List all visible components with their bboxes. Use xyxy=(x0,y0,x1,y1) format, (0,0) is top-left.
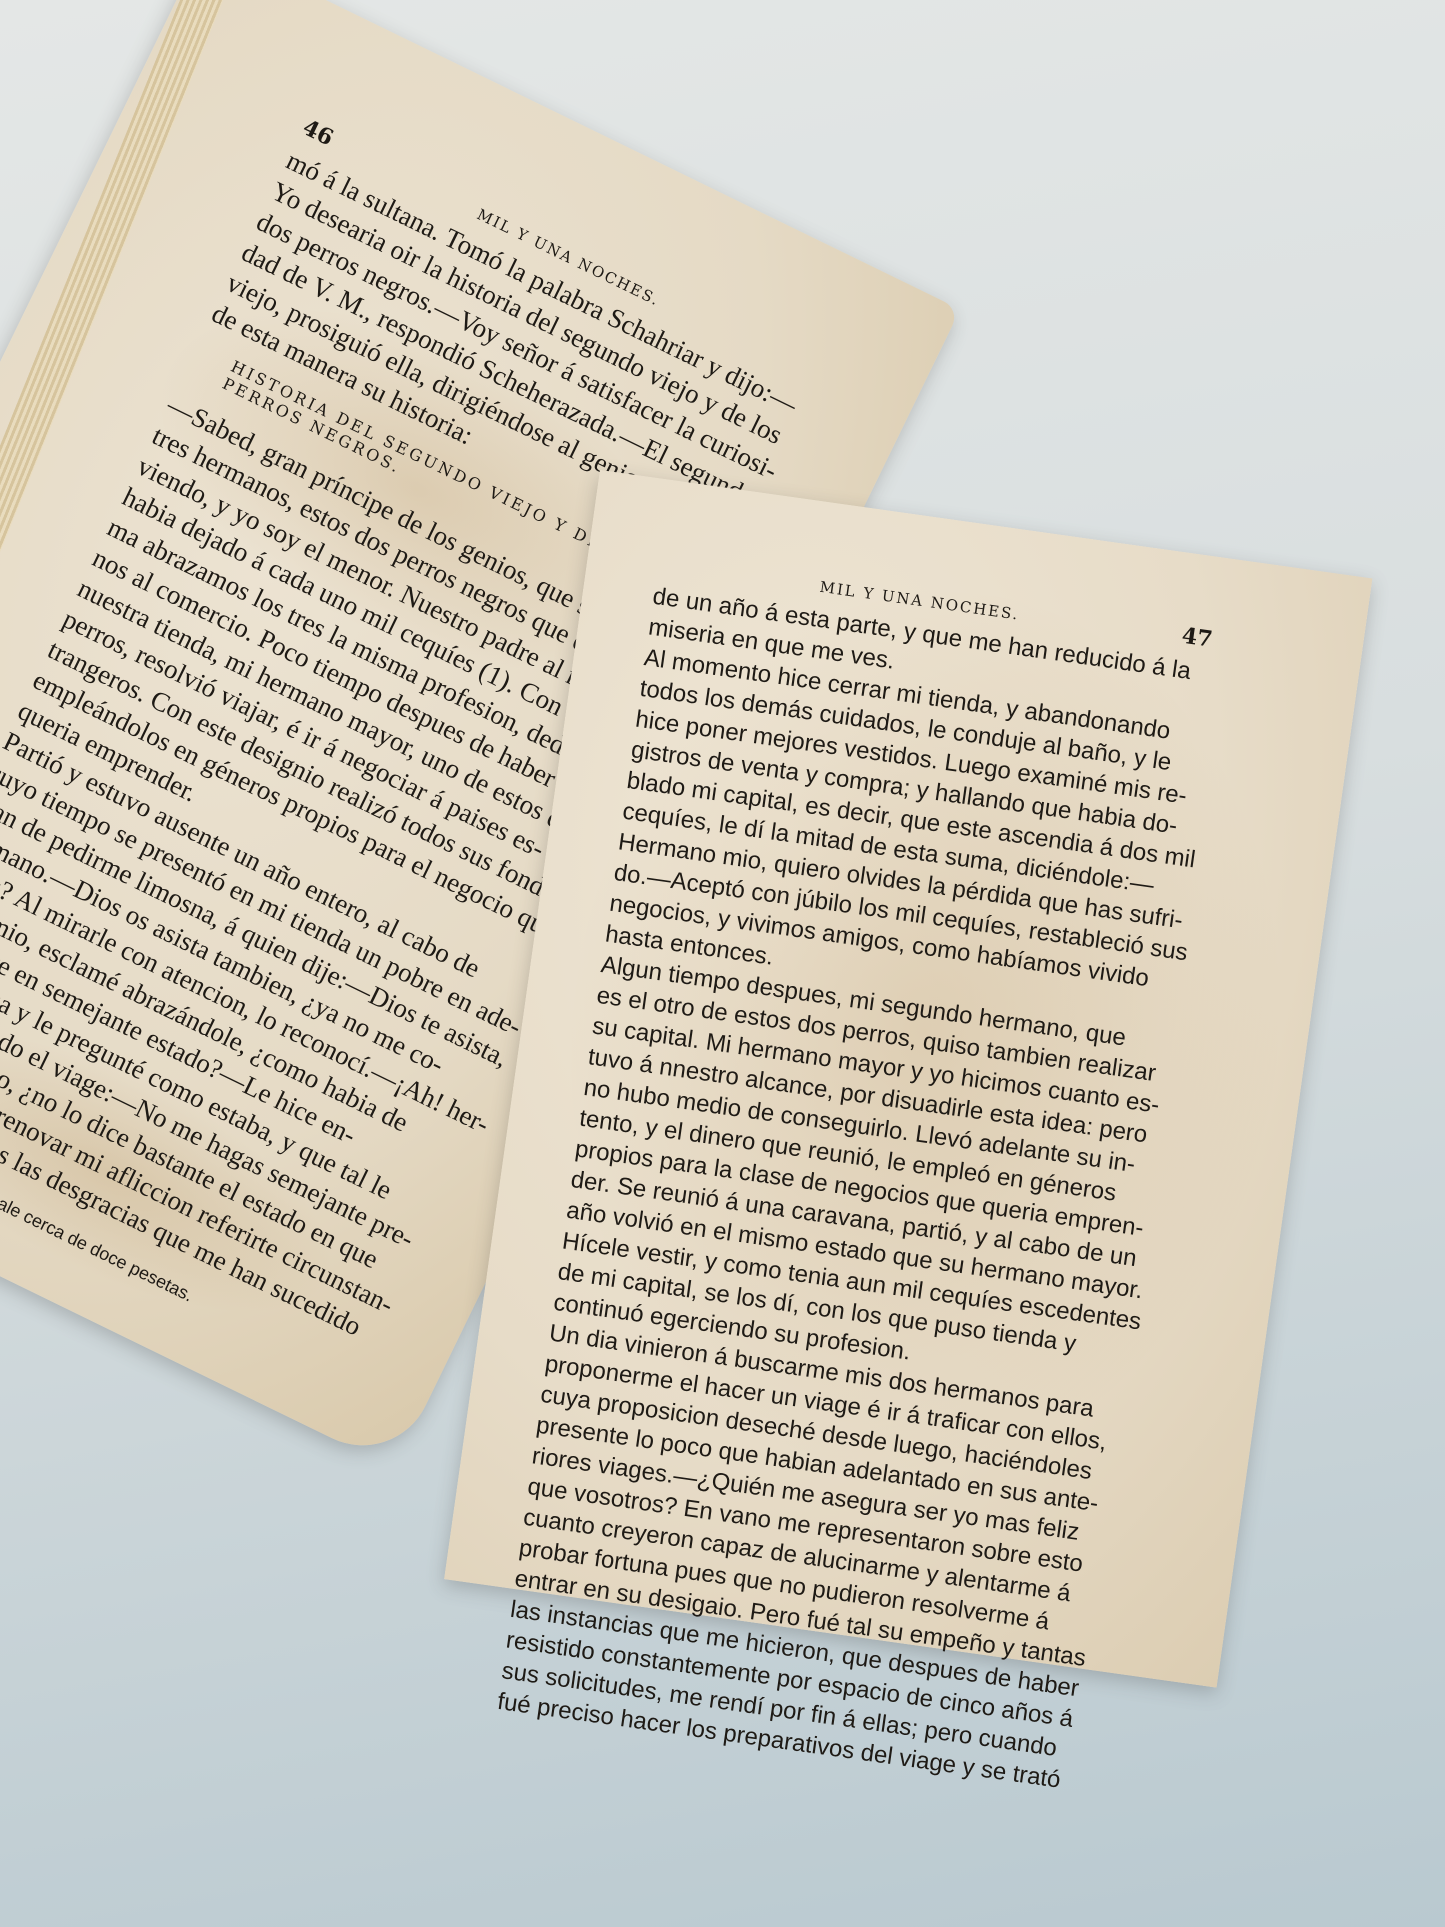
page-number: 47 xyxy=(1180,623,1214,653)
right-page-text: MIL Y UNA NOCHES. 47 de un año á esta pa… xyxy=(495,549,1214,1794)
photo-scene: 46 MIL Y UNA NOCHES. mó á la sultana. To… xyxy=(0,0,1445,1927)
right-page: MIL Y UNA NOCHES. 47 de un año á esta pa… xyxy=(444,470,1372,1688)
